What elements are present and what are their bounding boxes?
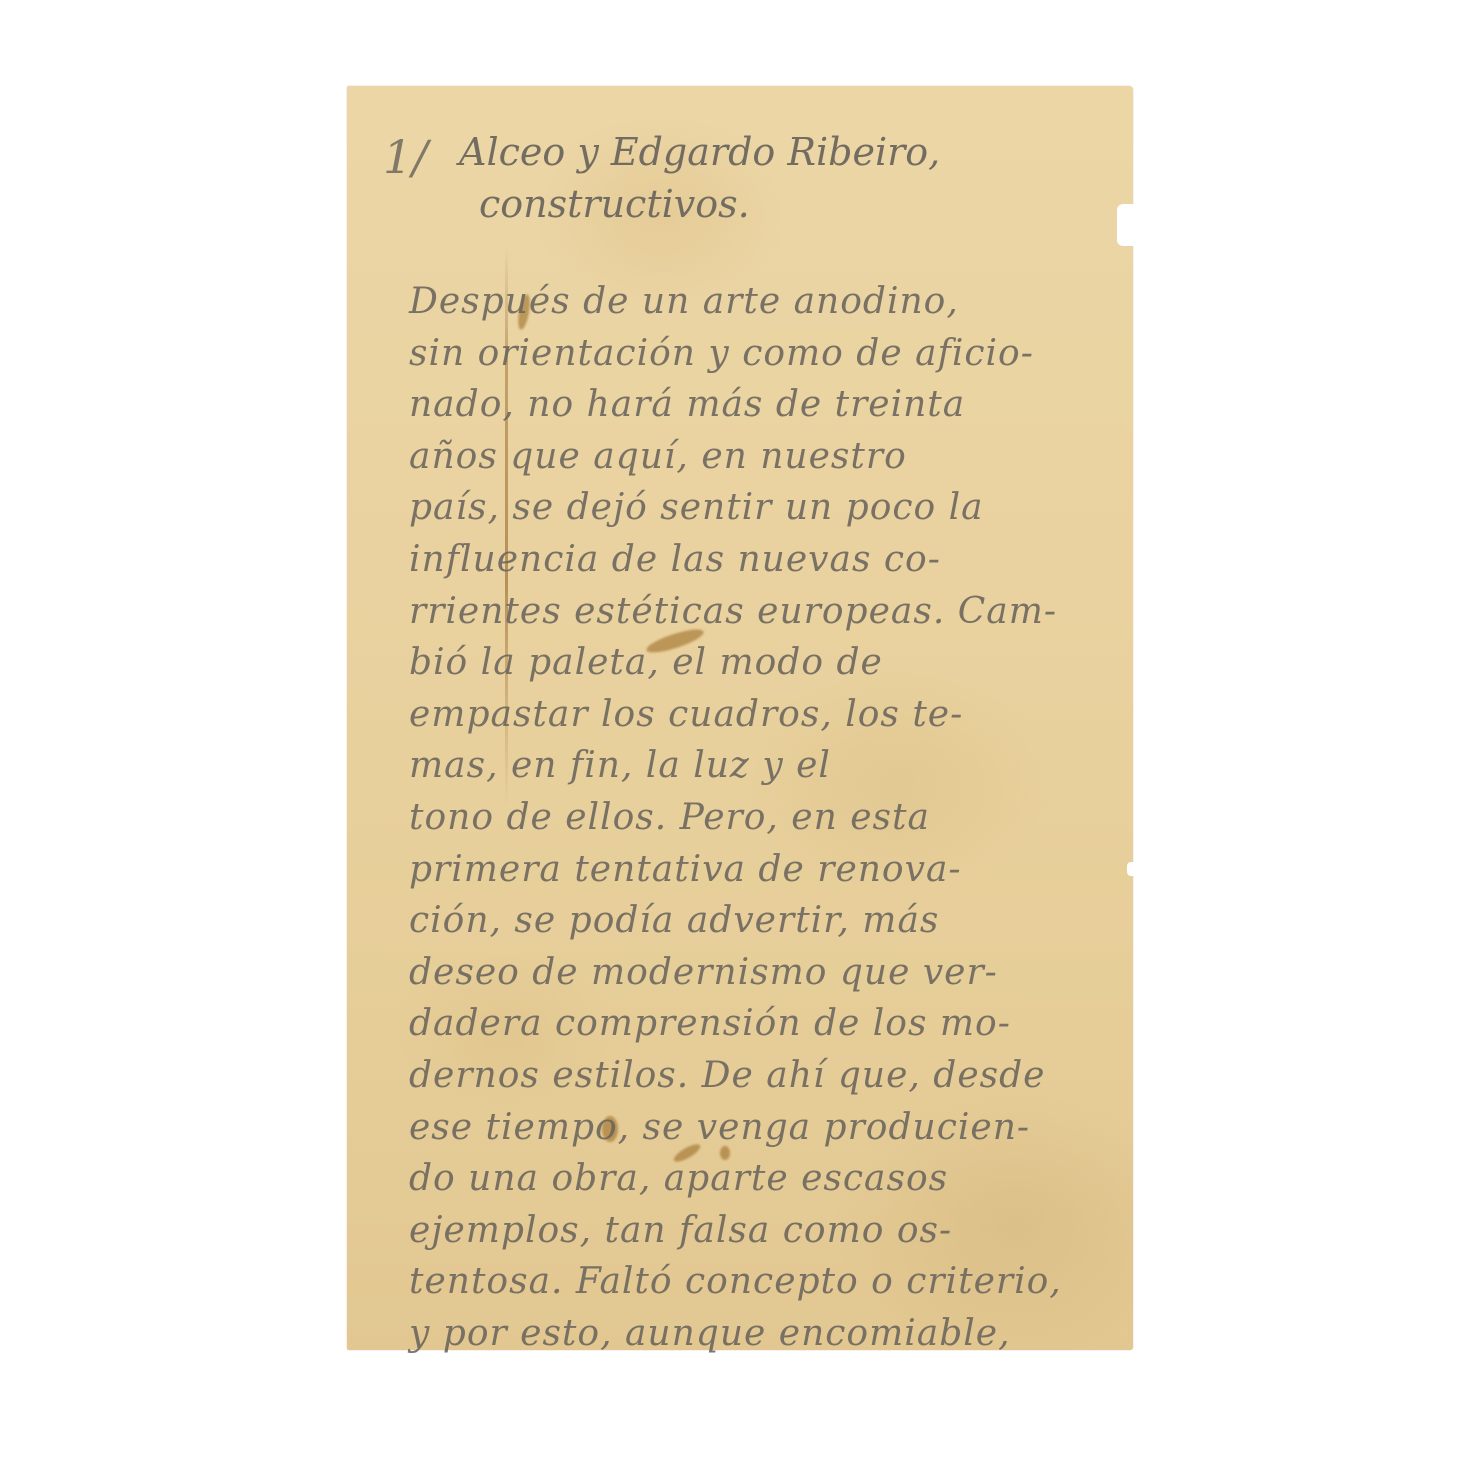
text-line: nado, no hará más de treinta	[409, 379, 1109, 431]
text-line: tentosa. Faltó concepto o criterio,	[409, 1256, 1109, 1308]
text-line: mas, en fin, la luz y el	[409, 740, 1109, 792]
text-line: bió la paleta, el modo de	[409, 637, 1109, 689]
text-line: país, se dejó sentir un poco la	[409, 482, 1109, 534]
text-line: Después de un arte anodino,	[409, 276, 1109, 328]
text-line: empastar los cuadros, los te-	[409, 689, 1109, 741]
text-line: ción, se podía advertir, más	[409, 895, 1109, 947]
text-line: sin orientación y como de aficio-	[409, 328, 1109, 380]
paper-tear	[1117, 204, 1135, 246]
text-line: ejemplos, tan falsa como os-	[409, 1205, 1109, 1257]
title-line: Alceo y Edgardo Ribeiro,	[459, 126, 1079, 178]
text-line: dernos estilos. De ahí que, desde	[409, 1050, 1109, 1102]
text-line: años que aquí, en nuestro	[409, 431, 1109, 483]
text-line: rrientes estéticas europeas. Cam-	[409, 586, 1109, 638]
text-line: influencia de las nuevas co-	[409, 534, 1109, 586]
text-line: y por esto, aunque encomiable,	[409, 1308, 1109, 1360]
page-number: 1/	[383, 130, 428, 184]
manuscript-body: Después de un arte anodino, sin orientac…	[409, 276, 1109, 1359]
manuscript-page: 1/ Alceo y Edgardo Ribeiro, constructivo…	[347, 86, 1133, 1350]
text-line: ese tiempo, se venga producien-	[409, 1102, 1109, 1154]
text-line: do una obra, aparte escasos	[409, 1153, 1109, 1205]
text-line: deseo de modernismo que ver-	[409, 947, 1109, 999]
text-line: tono de ellos. Pero, en esta	[409, 792, 1109, 844]
page-title: Alceo y Edgardo Ribeiro, constructivos.	[459, 126, 1079, 230]
paper-tear	[1127, 862, 1135, 876]
text-line: primera tentativa de renova-	[409, 844, 1109, 896]
text-line: dadera comprensión de los mo-	[409, 998, 1109, 1050]
title-line: constructivos.	[459, 178, 1079, 230]
